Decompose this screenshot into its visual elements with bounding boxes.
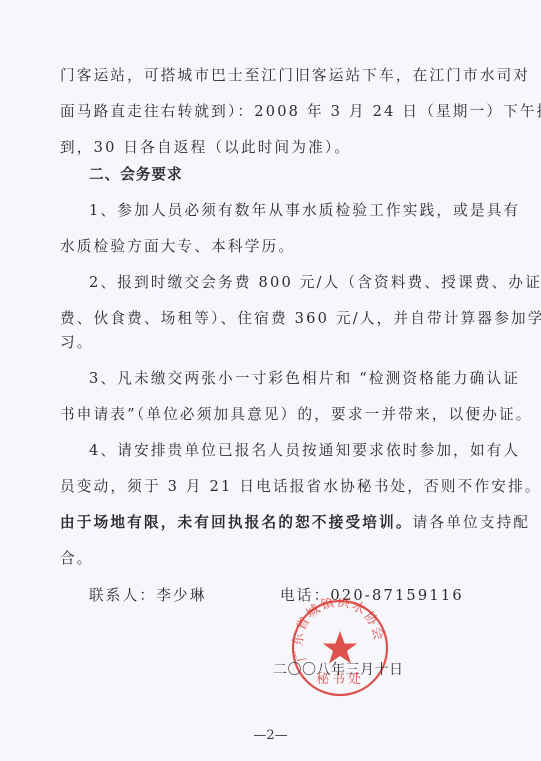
item-3-line: 书申请表”（单位必须加具意见）的，要求一并带来，以便办证。 xyxy=(60,405,533,425)
paragraph-line: 门客运站，可搭城市巴士至江门旧客运站下车，在江门市水司对 xyxy=(60,66,530,86)
paragraph-line: 面马路直走往右转就到）：2008 年 3 月 24 日（星期一）下午报 xyxy=(60,102,541,122)
contact-person-label: 联系人： xyxy=(89,587,156,604)
issue-date: 二〇〇八年三月十日 xyxy=(273,659,404,679)
item-3-line: 3、凡未缴交两张小一寸彩色相片和 “检测资格能力确认证 xyxy=(89,369,520,389)
item-4-line: 员变动，须于 3 月 21 日电话报省水协秘书处，否则不作安排。 xyxy=(60,477,541,497)
official-seal-icon: 广东省城镇供水协会 秘书处 xyxy=(290,598,390,698)
item-4-line: 4、请安排贵单位已报名人员按通知要求依时参加，如有人 xyxy=(89,441,520,461)
section-heading: 二、会务要求 xyxy=(89,165,183,185)
item-2-line: 习。 xyxy=(60,333,94,353)
notice-line: 合。 xyxy=(60,549,94,569)
document-page: 门客运站，可搭城市巴士至江门旧客运站下车，在江门市水司对 面马路直走往右转就到）… xyxy=(0,0,541,761)
notice-line: 由于场地有限，未有回执报名的恕不接受培训。请各单位支持配 xyxy=(60,513,530,533)
item-2-line: 费、伙食费、场租等）、住宿费 360 元/人，并自带计算器参加学 xyxy=(60,309,541,329)
contact-person-name: 李少琳 xyxy=(156,587,206,604)
item-1-line: 1、参加人员必须有数年从事水质检验工作实践，或是具有 xyxy=(89,201,520,221)
contact-person: 联系人：李少琳 xyxy=(89,586,207,606)
page-number: —2— xyxy=(0,728,541,743)
item-1-line: 水质检验方面大专、本科学历。 xyxy=(60,237,295,257)
item-2-line: 2、报到时缴交会务费 800 元/人（含资料费、授课费、办证 xyxy=(89,273,541,293)
notice-text: 请各单位支持配 xyxy=(413,514,531,531)
paragraph-line: 到，30 日各自返程（以此时间为准）。 xyxy=(60,138,351,158)
notice-bold-text: 由于场地有限，未有回执报名的恕不接受培训。 xyxy=(60,514,413,531)
